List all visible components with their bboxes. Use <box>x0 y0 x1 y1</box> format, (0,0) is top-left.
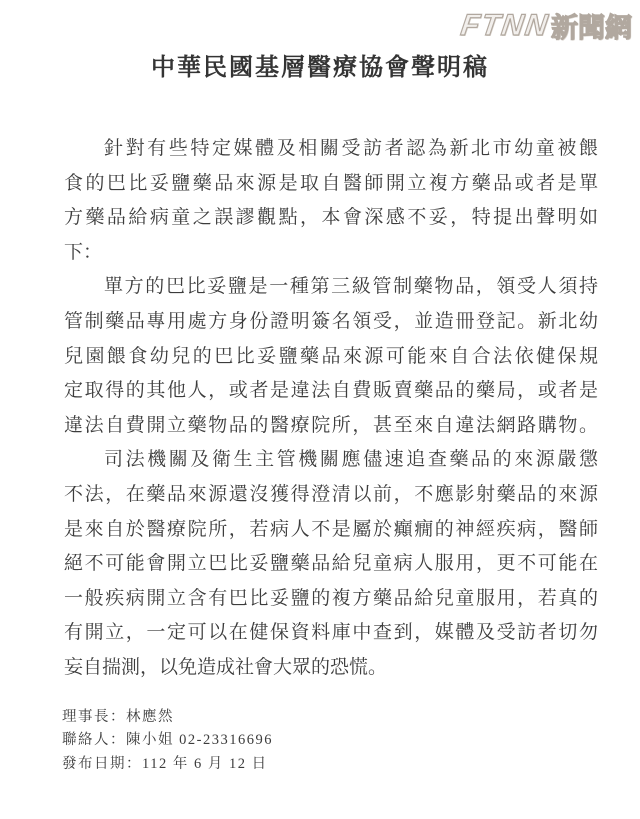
body-paragraph: 針對有些特定媒體及相關受訪者認為新北市幼童被餵食的巴比妥鹽藥品來源是取自醫師開立… <box>64 132 598 270</box>
document-footer: 理事長：林應然 聯絡人：陳小姐 02-23316696 發布日期：112 年 6… <box>62 706 640 777</box>
body-line: 定取得的其他人，或者是違法自費販賣藥品的藥局，或者是 <box>64 374 598 409</box>
body-line: 一般疾病開立含有巴比妥鹽的複方藥品給兒童服用，若真的 <box>64 582 598 617</box>
body-line: 司法機關及衛生主管機關應儘速追查藥品的來源嚴懲 <box>64 443 598 478</box>
contact-line: 聯絡人：陳小姐 02-23316696 <box>62 729 640 753</box>
chairman-line: 理事長：林應然 <box>62 706 640 730</box>
ftnn-logo-text: FTNN <box>459 9 552 43</box>
body-line: 兒園餵食幼兒的巴比妥鹽藥品來源可能來自合法依健保規 <box>64 340 598 375</box>
body-line: 違法自費開立藥物品的醫療院所，甚至來自違法網路購物。 <box>64 409 598 444</box>
body-line: 不法，在藥品來源還沒獲得澄清以前，不應影射藥品的來源 <box>64 478 598 513</box>
body-line: 是來自於醫療院所，若病人不是屬於癲癇的神經疾病，醫師 <box>64 513 598 548</box>
body-paragraph: 司法機關及衛生主管機關應儘速追查藥品的來源嚴懲不法，在藥品來源還沒獲得澄清以前，… <box>64 443 598 685</box>
body-line: 方藥品給病童之誤謬觀點，本會深感不妥，特提出聲明如 <box>64 201 598 236</box>
body-line: 食的巴比妥鹽藥品來源是取自醫師開立複方藥品或者是單 <box>64 167 598 202</box>
body-line: 下： <box>64 236 598 271</box>
body-line: 妄自揣測，以免造成社會大眾的恐慌。 <box>64 651 598 686</box>
ftnn-news-watermark: FTNN新聞網 <box>461 6 632 45</box>
body-line: 有開立，一定可以在健保資料庫中查到，媒體及受訪者切勿 <box>64 616 598 651</box>
body-line: 單方的巴比妥鹽是一種第三級管制藥物品，領受人須持 <box>64 270 598 305</box>
body-line: 針對有些特定媒體及相關受訪者認為新北市幼童被餵 <box>64 132 598 167</box>
ftnn-logo-suffix: 新聞網 <box>551 6 632 45</box>
body-line: 絕不可能會開立巴比妥鹽藥品給兒童病人服用，更不可能在 <box>64 547 598 582</box>
statement-document-page: FTNN新聞網 中華民國基層醫療協會聲明稿 針對有些特定媒體及相關受訪者認為新北… <box>0 0 640 819</box>
body-paragraph: 單方的巴比妥鹽是一種第三級管制藥物品，領受人須持管制藥品專用處方身份證明簽名領受… <box>64 270 598 443</box>
body-line: 管制藥品專用處方身份證明簽名領受，並造冊登記。新北幼 <box>64 305 598 340</box>
publish-date-line: 發布日期：112 年 6 月 12 日 <box>62 753 640 777</box>
document-body: 針對有些特定媒體及相關受訪者認為新北市幼童被餵食的巴比妥鹽藥品來源是取自醫師開立… <box>64 132 598 686</box>
